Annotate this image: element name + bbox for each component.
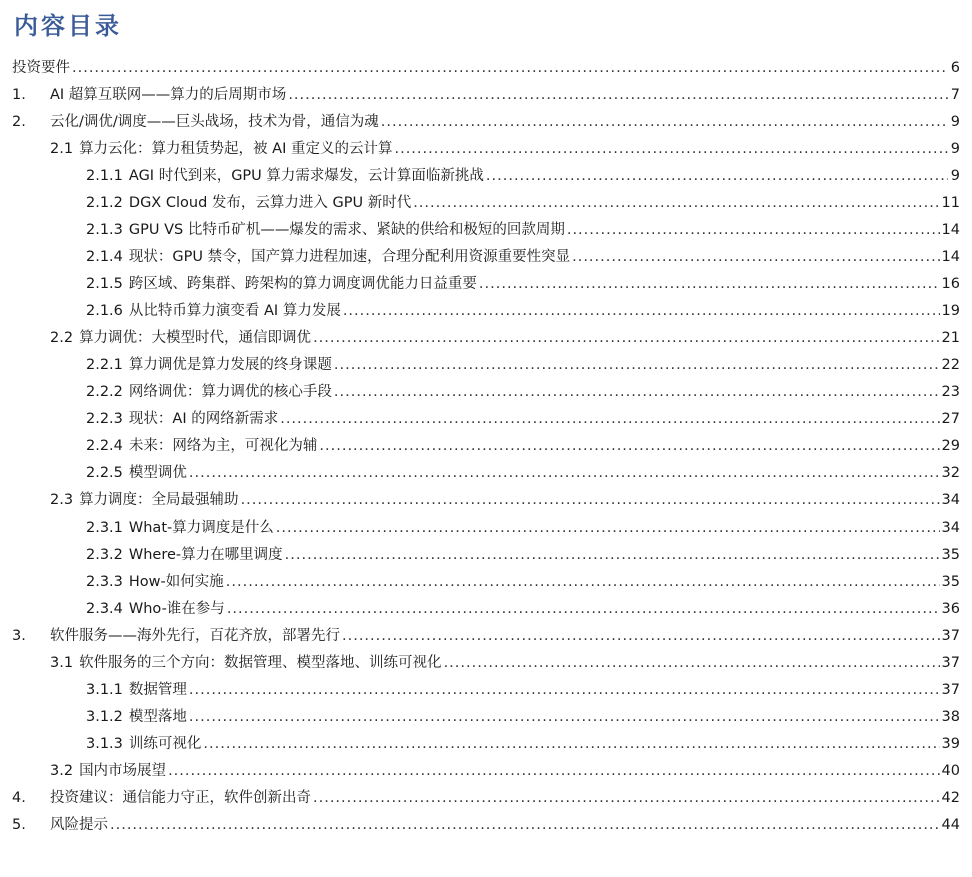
toc-entry-page: 6 [950,55,960,82]
dot-leader [110,812,940,839]
toc-entry[interactable]: 2.云化/调优/调度——巨头战场，技术为骨，通信为魂9 [12,109,960,136]
dot-leader [319,433,939,460]
dot-leader [567,217,940,244]
dot-leader [288,82,948,109]
toc-entry-page: 37 [942,677,960,704]
toc-entry-number: 2.2.5 [86,460,123,487]
toc-entry-number: 1. [12,82,50,109]
toc-entry[interactable]: 2.1.2DGX Cloud 发布，云算力进入 GPU 新时代11 [86,190,960,217]
toc-entry-page: 9 [950,109,960,136]
toc-entry-label: What-算力调度是什么 [129,515,274,542]
dot-leader [276,515,940,542]
toc-entry-label: 算力云化：算力租赁势起，被 AI 重定义的云计算 [79,136,392,163]
toc-entry[interactable]: 2.2.1算力调优是算力发展的终身课题22 [86,352,960,379]
toc-entry-page: 40 [942,758,960,785]
toc-entry-number: 2.1 [50,136,73,163]
toc-entry-page: 23 [942,379,960,406]
toc-entry-number: 3.1.2 [86,704,123,731]
toc-entry-page: 36 [942,596,960,623]
toc-entry-number: 2.1.6 [86,298,123,325]
toc-entry[interactable]: 2.1.4现状：GPU 禁令，国产算力进程加速，合理分配利用资源重要性突显14 [86,244,960,271]
toc-entry[interactable]: 投资要件6 [12,55,960,82]
dot-leader [572,244,939,271]
toc-entry-number: 3.1.1 [86,677,123,704]
toc-entry[interactable]: 2.3.1What-算力调度是什么34 [86,515,960,542]
toc-entry-number: 3.1.3 [86,731,123,758]
toc-entry-label: 投资要件 [12,55,70,82]
toc-entry-number: 3.2 [50,758,73,785]
toc-entry-page: 11 [942,190,960,217]
toc-entry[interactable]: 2.2.3现状：AI 的网络新需求27 [86,406,960,433]
dot-leader [313,325,939,352]
dot-leader [189,677,940,704]
toc-entry[interactable]: 3.1.2模型落地38 [86,704,960,731]
toc-entry[interactable]: 2.2.4未来：网络为主，可视化为辅29 [86,433,960,460]
dot-leader [479,271,940,298]
dot-leader [486,163,948,190]
toc-entry-number: 4. [12,785,50,812]
toc-entry-page: 42 [942,785,960,812]
toc-entry-number: 3.1 [50,650,73,677]
dot-leader [189,704,940,731]
toc-entry-label: GPU VS 比特币矿机——爆发的需求、紧缺的供给和极短的回款周期 [129,217,565,244]
toc-entry[interactable]: 2.1.6从比特币算力演变看 AI 算力发展19 [86,298,960,325]
toc-entry-label: 现状：GPU 禁令，国产算力进程加速，合理分配利用资源重要性突显 [129,244,570,271]
toc-entry-page: 19 [942,298,960,325]
toc-entry-label: 网络调优：算力调优的核心手段 [129,379,332,406]
dot-leader [285,542,940,569]
toc-entry-page: 16 [942,271,960,298]
dot-leader [72,55,948,82]
toc-entry[interactable]: 2.2算力调优：大模型时代，通信即调优21 [50,325,960,352]
toc-entry-number: 2. [12,109,50,136]
toc-entry-number: 2.3.3 [86,569,123,596]
toc-entry[interactable]: 4.投资建议：通信能力守正，软件创新出奇42 [12,785,960,812]
toc-entry-page: 9 [950,163,960,190]
toc-entry[interactable]: 1.AI 超算互联网——算力的后周期市场7 [12,82,960,109]
dot-leader [343,298,940,325]
toc-entry-page: 34 [942,487,960,514]
toc-entry-number: 2.1.2 [86,190,123,217]
toc-entry-number: 2.2.3 [86,406,123,433]
dot-leader [226,569,940,596]
toc-entry-number: 2.2.1 [86,352,123,379]
dot-leader [203,731,939,758]
toc-entry-number: 2.3.4 [86,596,123,623]
toc-entry[interactable]: 3.2国内市场展望40 [50,758,960,785]
toc-entry-page: 34 [942,515,960,542]
toc-entry-page: 32 [942,460,960,487]
toc-entry-page: 35 [942,569,960,596]
dot-leader [313,785,940,812]
dot-leader [241,487,940,514]
toc-title: 内容目录 [14,6,122,41]
toc-entry-number: 2.3.1 [86,515,123,542]
toc-entry[interactable]: 3.1软件服务的三个方向：数据管理、模型落地、训练可视化37 [50,650,960,677]
toc-entry-label: Where-算力在哪里调度 [129,542,283,569]
dot-leader [227,596,940,623]
toc-entry-label: 风险提示 [50,812,108,839]
toc-entry[interactable]: 2.3.3How-如何实施35 [86,569,960,596]
dot-leader [168,758,939,785]
toc-entry-number: 2.2.2 [86,379,123,406]
toc-entry-label: 数据管理 [129,677,187,704]
toc-entry[interactable]: 3.1.3训练可视化39 [86,731,960,758]
toc-entry-label: DGX Cloud 发布，云算力进入 GPU 新时代 [129,190,411,217]
toc-entry[interactable]: 2.1算力云化：算力租赁势起，被 AI 重定义的云计算9 [50,136,960,163]
dot-leader [381,109,948,136]
toc-entry-label: 未来：网络为主，可视化为辅 [129,433,318,460]
toc-entry-label: 算力调度：全局最强辅助 [79,487,239,514]
toc-entry[interactable]: 2.3算力调度：全局最强辅助34 [50,487,960,514]
toc-entry-label: 投资建议：通信能力守正，软件创新出奇 [50,785,311,812]
toc-entry-page: 9 [950,136,960,163]
dot-leader [334,379,940,406]
toc-entry-page: 38 [942,704,960,731]
toc-entry-number: 3. [12,623,50,650]
toc-entry[interactable]: 2.1.3GPU VS 比特币矿机——爆发的需求、紧缺的供给和极短的回款周期14 [86,217,960,244]
toc-entry[interactable]: 5.风险提示44 [12,812,960,839]
toc-entry-page: 22 [942,352,960,379]
toc-entry-number: 2.1.1 [86,163,123,190]
toc-entry-page: 21 [942,325,960,352]
toc-entry-label: AGI 时代到来，GPU 算力需求爆发，云计算面临新挑战 [129,163,484,190]
toc-entry-number: 2.1.5 [86,271,123,298]
toc-entry[interactable]: 2.2.2网络调优：算力调优的核心手段23 [86,379,960,406]
dot-leader [342,623,940,650]
toc-entry[interactable]: 3.1.1数据管理37 [86,677,960,704]
toc-entry-label: How-如何实施 [129,569,224,596]
toc-entry[interactable]: 2.2.5模型调优32 [86,460,960,487]
toc-entry-label: 算力调优是算力发展的终身课题 [129,352,332,379]
toc-entry-label: 跨区域、跨集群、跨架构的算力调度调优能力日益重要 [129,271,477,298]
toc-entry-label: 算力调优：大模型时代，通信即调优 [79,325,311,352]
toc-entry-label: 现状：AI 的网络新需求 [129,406,278,433]
dot-leader [189,460,940,487]
toc-entry[interactable]: 2.3.2Where-算力在哪里调度35 [86,542,960,569]
dot-leader [394,136,948,163]
toc-entry-label: 软件服务的三个方向：数据管理、模型落地、训练可视化 [79,650,442,677]
toc-entry-number: 2.1.3 [86,217,123,244]
toc-entry-label: 训练可视化 [129,731,202,758]
toc-entry-page: 35 [942,542,960,569]
toc-entry-number: 2.3 [50,487,73,514]
toc-entry-label: 模型落地 [129,704,187,731]
dot-leader [444,650,940,677]
toc-entry-number: 5. [12,812,50,839]
toc-entry-number: 2.2 [50,325,73,352]
toc-entry-page: 14 [942,217,960,244]
toc-entry[interactable]: 2.1.1AGI 时代到来，GPU 算力需求爆发，云计算面临新挑战9 [86,163,960,190]
dot-leader [280,406,939,433]
toc-entry-label: 从比特币算力演变看 AI 算力发展 [129,298,341,325]
toc-entry[interactable]: 2.1.5跨区域、跨集群、跨架构的算力调度调优能力日益重要16 [86,271,960,298]
toc-entry-page: 14 [942,244,960,271]
toc-entry-page: 37 [942,623,960,650]
toc-entry-page: 37 [942,650,960,677]
toc-entry-label: Who-谁在参与 [129,596,225,623]
toc-entry-number: 2.2.4 [86,433,123,460]
toc-entry-page: 44 [942,812,960,839]
toc-entry-label: 模型调优 [129,460,187,487]
toc-entry[interactable]: 3.软件服务——海外先行，百花齐放，部署先行37 [12,623,960,650]
toc-entry-page: 39 [942,731,960,758]
dot-leader [413,190,939,217]
toc-entry-page: 29 [942,433,960,460]
toc-entry-label: 云化/调优/调度——巨头战场，技术为骨，通信为魂 [50,109,379,136]
toc-entry-page: 7 [950,82,960,109]
toc-entry-number: 2.3.2 [86,542,123,569]
toc-entry[interactable]: 2.3.4Who-谁在参与36 [86,596,960,623]
dot-leader [334,352,940,379]
toc-entry-label: 国内市场展望 [79,758,166,785]
toc-entry-label: 软件服务——海外先行，百花齐放，部署先行 [50,623,340,650]
toc-entry-page: 27 [942,406,960,433]
toc-entry-number: 2.1.4 [86,244,123,271]
toc-entry-label: AI 超算互联网——算力的后周期市场 [50,82,286,109]
